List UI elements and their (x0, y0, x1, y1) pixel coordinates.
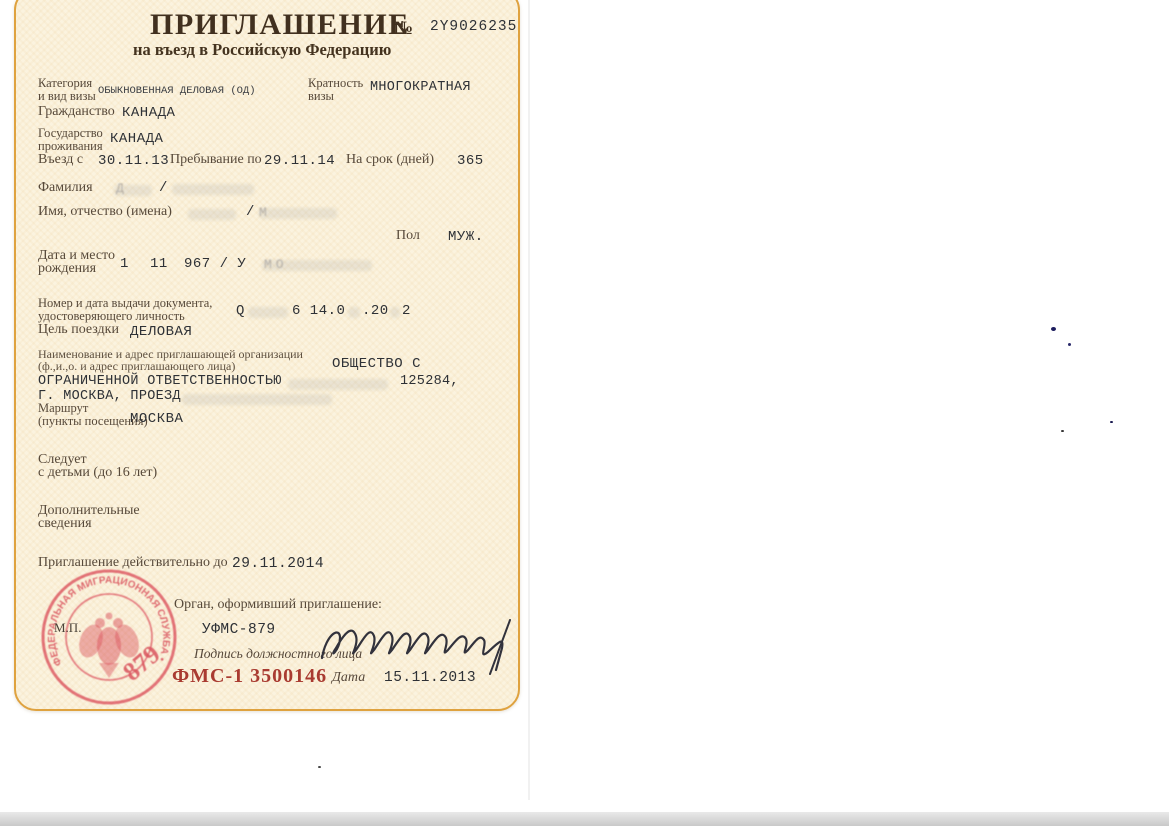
multiplicity-value: МНОГОКРАТНАЯ (370, 80, 471, 95)
surname-redaction (172, 184, 254, 195)
form-title: ПРИГЛАШЕНИЕ (150, 8, 410, 42)
official-signature (318, 612, 522, 676)
document-value-fragment2: 6 14.0 (292, 303, 345, 319)
duration-value: 365 (457, 153, 484, 169)
surname-label: Фамилия (38, 180, 93, 196)
birth-value-fragment2: 11 (150, 256, 168, 272)
birth-redaction (262, 260, 372, 271)
document-redaction (390, 307, 400, 318)
purpose-value: ДЕЛОВАЯ (130, 324, 192, 340)
form-series-number: ФМС-1 3500146 (172, 665, 327, 688)
fms-round-stamp: ФЕДЕРАЛЬНАЯ МИГРАЦИОННАЯ СЛУЖБА • 879 (28, 566, 190, 708)
scan-speck (1061, 430, 1064, 432)
surname-separator: / (159, 180, 168, 196)
birth-value-fragment1: 1 (120, 256, 129, 272)
category-value: ОБЫКНОВЕННАЯ ДЕЛОВАЯ (ОД) (98, 85, 256, 97)
document-redaction (348, 307, 360, 318)
stay-value: 29.11.14 (264, 153, 335, 169)
entry-label: Въезд с (38, 152, 83, 168)
invitation-number: 2Y9026235 (430, 19, 517, 35)
name-separator: / (246, 204, 255, 220)
organization-value-line2-start: ОГРАНИЧЕННОЙ ОТВЕТСТВЕННОСТЬЮ (38, 374, 282, 389)
scanner-edge-shadow (0, 812, 1169, 826)
date-value: 15.11.2013 (384, 670, 476, 686)
birth-value-fragment3: 967 / У (184, 256, 246, 272)
organization-redaction (182, 394, 332, 405)
name-redaction (188, 209, 236, 220)
citizenship-label: Гражданство (38, 104, 115, 120)
organization-redaction (288, 379, 388, 390)
invitation-form-paper: ПРИГЛАШЕНИЕ № 2Y9026235 на въезд в Росси… (14, 0, 520, 711)
scan-speck (318, 766, 321, 768)
birth-label-line2: рождения (38, 261, 96, 277)
organization-value-line1: ОБЩЕСТВО С (332, 356, 421, 372)
residence-value: КАНАДА (110, 131, 163, 147)
validity-value: 29.11.2014 (232, 556, 324, 572)
document-value-fragment1: Q (236, 303, 245, 319)
children-label-line2: с детьми (до 16 лет) (38, 465, 157, 481)
date-label: Дата (332, 670, 365, 686)
multiplicity-label-line2: визы (308, 89, 334, 104)
number-sign: № (394, 18, 413, 40)
organization-value-line2-end: 125284, (400, 374, 459, 389)
scan-speck (1110, 421, 1113, 423)
scan-speck (1068, 343, 1071, 346)
duration-label: На срок (дней) (346, 152, 434, 168)
organization-label-line2: (ф.,и.,о. и адрес приглашающего лица) (38, 359, 235, 374)
form-subtitle: на въезд в Российскую Федерацию (133, 40, 391, 60)
citizenship-value: КАНАДА (122, 105, 175, 121)
purpose-label: Цель поездки (38, 322, 119, 338)
scan-speck (1051, 327, 1056, 331)
scan-backing-edge (528, 0, 530, 800)
sex-label: Пол (396, 228, 420, 244)
sex-value: МУЖ. (448, 229, 484, 245)
issuing-organ-label: Орган, оформивший приглашение: (174, 597, 382, 613)
document-redaction (248, 307, 288, 318)
document-value-fragment4: 2 (402, 303, 411, 319)
name-label: Имя, отчество (имена) (38, 204, 172, 220)
name-redaction (259, 208, 337, 219)
category-label-line2: и вид визы (38, 89, 96, 104)
route-value: МОСКВА (130, 411, 183, 427)
stay-label: Пребывание по (170, 152, 262, 168)
additional-label-line2: сведения (38, 516, 92, 532)
document-value-fragment3: .20 (362, 303, 389, 319)
entry-value: 30.11.13 (98, 153, 169, 169)
issuing-organ-value: УФМС-879 (202, 622, 276, 638)
surname-redaction (114, 185, 152, 196)
